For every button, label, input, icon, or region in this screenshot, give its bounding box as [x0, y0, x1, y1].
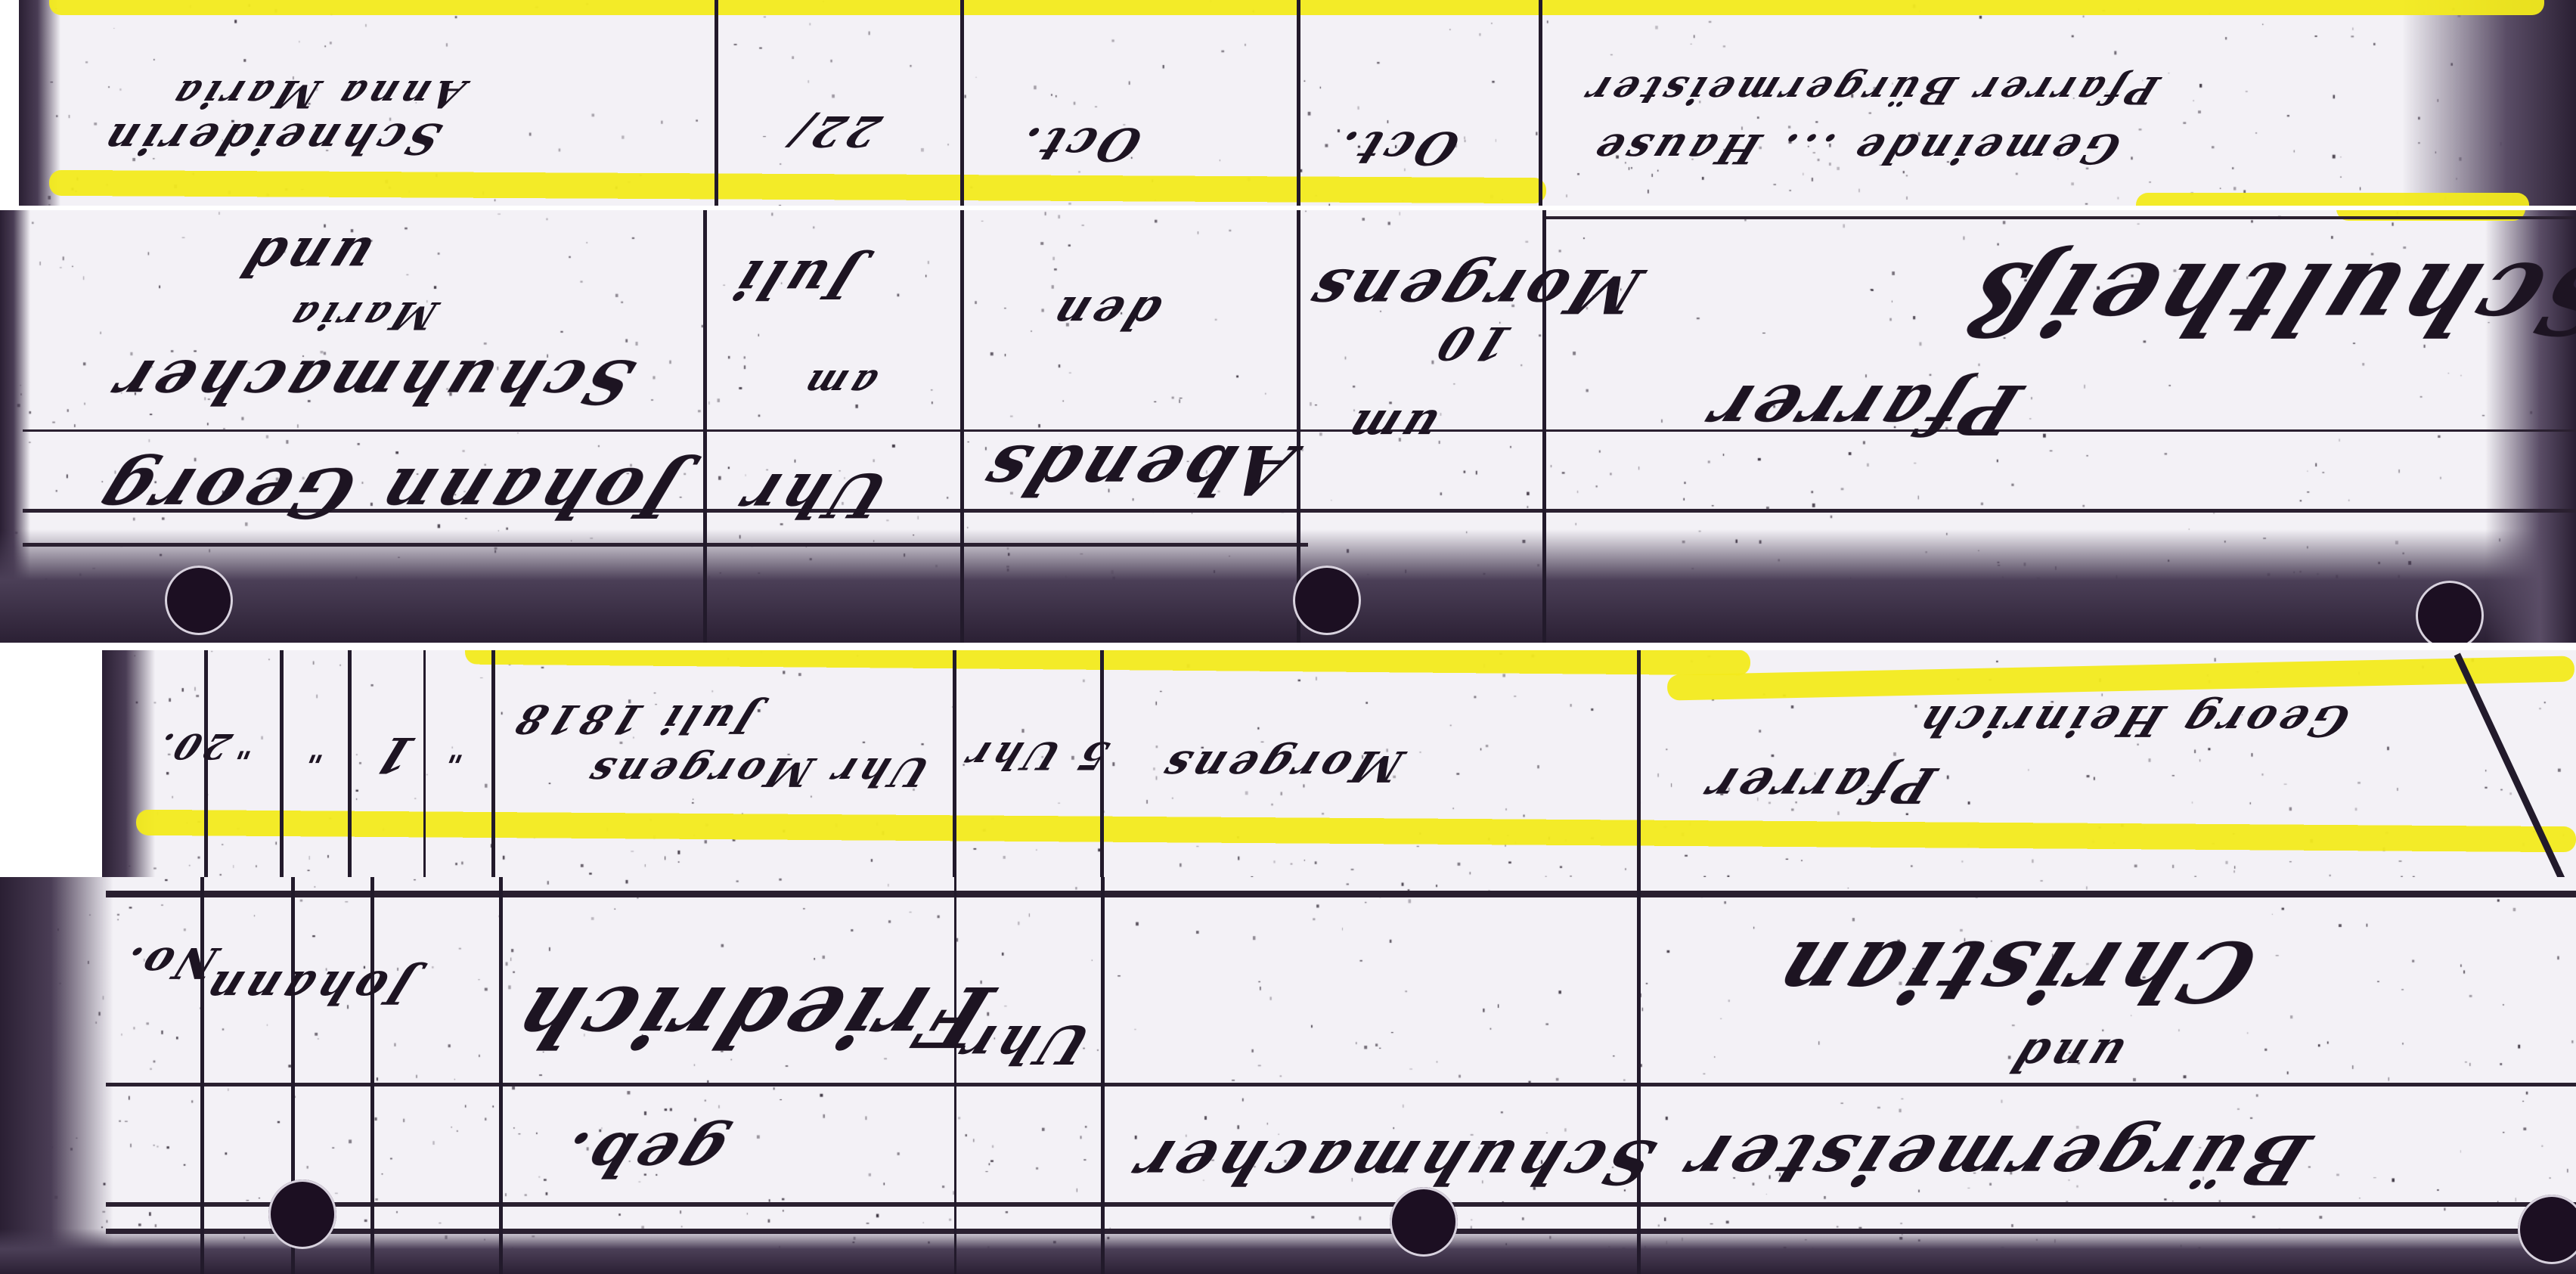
handwritten-remarks: Pfarrer Bürgermeister: [1575, 68, 2165, 113]
upper-highlighted-row: Anna Maria Schneiderin 22/ Oct. Oct. Pfa…: [19, 0, 2576, 206]
column-rule: [1297, 0, 1300, 206]
handwritten-date: Uhr Morgens: [577, 749, 936, 795]
column-rule: [499, 877, 503, 1274]
handwritten-remarks: Pfarrer: [1694, 756, 1944, 813]
scan-shadow-right: [2402, 0, 2576, 206]
handwritten-place: Schuhmacher: [1120, 1127, 1665, 1198]
handwritten-name: Schneiderin: [92, 113, 449, 163]
handwritten-remarks: und: [2001, 1028, 2133, 1081]
column-rule: [370, 877, 374, 1274]
column-rule: [953, 650, 956, 877]
handwritten-name: Johann Georg: [82, 452, 693, 532]
row-rule: [1542, 216, 2576, 219]
handwritten-name: und: [229, 225, 382, 288]
handwritten-signature: Pfarrer: [1693, 369, 2032, 449]
handwritten-date: Juli 1818: [505, 696, 764, 742]
handwritten-name: Schuhmacher: [99, 346, 644, 417]
handwritten-hour: Uhr: [947, 1013, 1099, 1076]
column-rule: [423, 650, 426, 877]
handwritten-date: Uhr: [727, 460, 897, 531]
handwritten-hour: 5 Uhr: [955, 733, 1115, 778]
handwritten-remarks: Bürgermeister: [1670, 1119, 2321, 1199]
column-rule: [715, 0, 718, 206]
handwritten-remarks: Christian: [1757, 922, 2271, 1020]
column-rule: [960, 210, 964, 643]
row-rule: [106, 1083, 2576, 1086]
scan-shadow-bottom: [0, 1229, 2576, 1274]
handwritten-name: Anna Maria: [161, 72, 472, 116]
handwritten-name: Maria: [278, 293, 444, 338]
handwritten-place: den: [1040, 286, 1169, 339]
column-rule: [1637, 877, 1641, 1274]
highlight-band-bottom-right: [2136, 193, 2529, 206]
column-rule: [200, 877, 204, 1274]
punch-hole: [1293, 566, 1361, 635]
handwritten-name: geb.: [545, 1119, 736, 1190]
handwritten-place: Morgens: [1151, 741, 1412, 791]
handwritten-remarks: Gemeinde ... Hause: [1582, 125, 2128, 173]
scan-shadow-left: [0, 877, 113, 1274]
punch-hole: [165, 566, 233, 635]
column-rule: [1637, 650, 1641, 877]
handwritten-date: Juli: [721, 248, 868, 311]
column-rule: [280, 650, 284, 877]
column-rule: [703, 210, 707, 643]
upper-continuation-row: und Maria Schuhmacher Johann Georg Juli …: [0, 210, 2576, 643]
handwritten-name: Friedrich: [494, 968, 1006, 1065]
handwritten-place: Abends: [967, 429, 1306, 510]
handwritten-month: Oct.: [1006, 117, 1150, 170]
column-rule: [1101, 877, 1105, 1274]
row-rule: [23, 543, 1308, 547]
lower-highlighted-row: 20. " " 1 " Juli 1818 Uhr Morgens 5 Uhr …: [102, 650, 2576, 877]
column-rule: [491, 650, 495, 877]
lower-continuation-row: No. Johann Friedrich geb. Uhr Schuhmache…: [0, 877, 2576, 1274]
column-rule: [960, 0, 964, 206]
row-rule: [106, 891, 2576, 897]
handwritten-tally: Johann: [194, 960, 422, 1013]
row-rule: [106, 1202, 2576, 1207]
handwritten-remarks: Georg Heinrich: [1907, 696, 2357, 745]
handwritten-month: Oct.: [1324, 121, 1468, 174]
scanned-register-page: Anna Maria Schneiderin 22/ Oct. Oct. Pfa…: [0, 0, 2576, 1274]
handwritten-signature: Schultheiß: [1942, 240, 2576, 356]
punch-hole: [268, 1179, 336, 1249]
column-rule: [1539, 0, 1542, 206]
punch-hole: [2416, 581, 2484, 643]
row-rule: [106, 1229, 2576, 1234]
column-rule: [348, 650, 352, 877]
